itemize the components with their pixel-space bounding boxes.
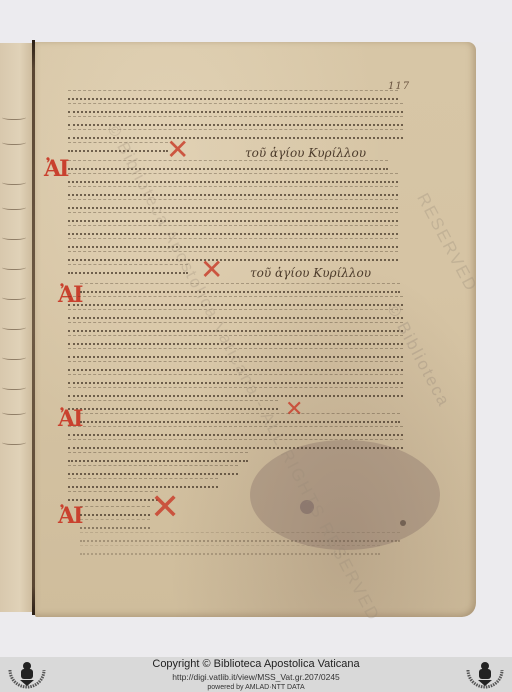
facing-text-line [2, 203, 26, 210]
facing-page-edge [0, 43, 33, 612]
manuscript-text-line [68, 251, 398, 261]
manuscript-text-line [80, 283, 400, 293]
manuscript-text-line [80, 519, 150, 529]
manuscript-text-line [80, 413, 400, 423]
manuscript-text-line [68, 309, 403, 319]
facing-text-line [2, 323, 26, 330]
facing-text-line [2, 138, 26, 145]
facing-text-line [2, 263, 26, 270]
facing-text-line [2, 383, 26, 390]
facing-text-line [2, 293, 26, 300]
viewer-background [0, 0, 512, 42]
rubric-initial: ἈΙ [44, 158, 67, 180]
copyright-text: Copyright © Biblioteca Apostolica Vatica… [0, 658, 512, 670]
manuscript-viewer[interactable]: 117 ✕ τοῦ ἁγίου Κυρίλλου ἈΙ ✕ τοῦ ἁγίου … [0, 0, 512, 657]
manuscript-text-line [68, 199, 398, 209]
manuscript-text-line [68, 426, 403, 436]
manuscript-text-line [68, 212, 398, 222]
ink-spot [400, 520, 406, 526]
section-heading: τοῦ ἁγίου Κυρίλλου [250, 266, 371, 280]
manuscript-text-line [68, 452, 248, 462]
manuscript-text-line [68, 491, 158, 501]
manuscript-text-line [68, 225, 398, 235]
rubric-cross-ornament-icon: ✕ [150, 494, 180, 522]
manuscript-text-line [68, 296, 403, 306]
facing-text-line [2, 113, 26, 120]
manuscript-text-line [68, 186, 398, 196]
manuscript-text-line [68, 103, 403, 113]
rubric-initial: ἈΙ [58, 505, 81, 527]
manuscript-text-line [68, 478, 218, 488]
facing-text-line [2, 233, 26, 240]
facing-text-line [2, 438, 26, 445]
vatican-library-logo-icon [462, 658, 508, 691]
manuscript-text-line [68, 160, 388, 170]
manuscript-text-line [68, 465, 238, 475]
manuscript-text-line [68, 439, 403, 449]
manuscript-text-line [68, 90, 398, 100]
manuscript-text-line [68, 173, 398, 183]
copyright-footer: Copyright © Biblioteca Apostolica Vatica… [0, 657, 512, 692]
manuscript-text-line [80, 532, 400, 542]
manuscript-text-line [68, 238, 398, 248]
manuscript-text-line [68, 387, 403, 397]
source-url-link[interactable]: http://digi.vatlib.it/view/MSS_Vat.gr.20… [0, 672, 512, 682]
manuscript-text-line [68, 264, 188, 274]
facing-text-line [2, 408, 26, 415]
manuscript-text-line [68, 322, 403, 332]
manuscript-text-line [80, 506, 150, 516]
facing-text-line [2, 353, 26, 360]
section-heading: τοῦ ἁγίου Κυρίλλου [245, 146, 366, 160]
powered-by-text: powered by AMLAD·NTT DATA [0, 684, 512, 691]
facing-text-line [2, 178, 26, 185]
